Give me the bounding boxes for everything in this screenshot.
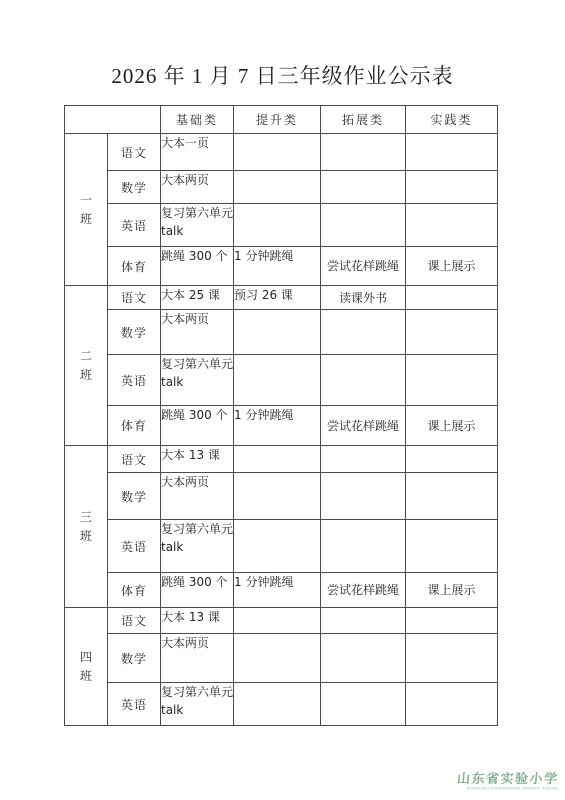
cell-practice bbox=[406, 355, 498, 406]
cell-practice bbox=[406, 520, 498, 573]
cell-basic: 大本两页 bbox=[161, 171, 234, 204]
cell-basic: 大本两页 bbox=[161, 310, 234, 355]
cell-improve bbox=[234, 634, 321, 683]
cell-improve: 1 分钟跳绳 bbox=[234, 573, 321, 608]
class-label-cell: 二班 bbox=[65, 286, 108, 446]
table-row: 英语 复习第六单元 talk bbox=[65, 683, 498, 726]
school-name-chinese: 山东省实验小学 bbox=[410, 768, 560, 787]
cell-expand bbox=[321, 204, 406, 247]
class-label: 一班 bbox=[79, 191, 93, 229]
cell-basic: 大本 13 课 bbox=[161, 446, 234, 473]
subject-label: 英语 bbox=[108, 520, 161, 573]
cell-expand bbox=[321, 310, 406, 355]
cell-expand bbox=[321, 608, 406, 634]
cell-expand bbox=[321, 171, 406, 204]
class-label-cell: 四班 bbox=[65, 608, 108, 726]
cell-improve bbox=[234, 171, 321, 204]
cell-basic: 跳绳 300 个 bbox=[161, 247, 234, 286]
cell-improve bbox=[234, 204, 321, 247]
column-header-practice: 实践类 bbox=[406, 106, 498, 134]
cell-expand bbox=[321, 520, 406, 573]
cell-practice bbox=[406, 634, 498, 683]
subject-label: 语文 bbox=[108, 608, 161, 634]
cell-expand: 读课外书 bbox=[321, 286, 406, 310]
cell-improve bbox=[234, 473, 321, 520]
class-label-cell: 一班 bbox=[65, 134, 108, 286]
cell-expand bbox=[321, 473, 406, 520]
cell-expand bbox=[321, 446, 406, 473]
cell-practice bbox=[406, 683, 498, 726]
table-row: 英语 复习第六单元 talk bbox=[65, 355, 498, 406]
cell-expand: 尝试花样跳绳 bbox=[321, 247, 406, 286]
cell-expand bbox=[321, 683, 406, 726]
cell-basic: 复习第六单元 talk bbox=[161, 683, 234, 726]
cell-basic: 复习第六单元 talk bbox=[161, 204, 234, 247]
table-row: 体育 跳绳 300 个 1 分钟跳绳 尝试花样跳绳 课上展示 bbox=[65, 573, 498, 608]
cell-expand: 尝试花样跳绳 bbox=[321, 406, 406, 446]
cell-basic: 复习第六单元 talk bbox=[161, 520, 234, 573]
cell-practice bbox=[406, 286, 498, 310]
header-row: 基础类 提升类 拓展类 实践类 bbox=[65, 106, 498, 134]
cell-practice: 课上展示 bbox=[406, 406, 498, 446]
cell-basic: 大本 13 课 bbox=[161, 608, 234, 634]
cell-improve bbox=[234, 520, 321, 573]
cell-practice bbox=[406, 171, 498, 204]
class-label: 三班 bbox=[79, 508, 93, 546]
cell-improve bbox=[234, 310, 321, 355]
cell-expand bbox=[321, 355, 406, 406]
subject-label: 数学 bbox=[108, 171, 161, 204]
column-header-expand: 拓展类 bbox=[321, 106, 406, 134]
cell-practice bbox=[406, 608, 498, 634]
class-label-cell: 三班 bbox=[65, 446, 108, 608]
table-row: 英语 复习第六单元 talk bbox=[65, 204, 498, 247]
corner-cell bbox=[65, 106, 161, 134]
cell-improve bbox=[234, 608, 321, 634]
subject-label: 体育 bbox=[108, 247, 161, 286]
cell-basic: 跳绳 300 个 bbox=[161, 406, 234, 446]
cell-practice: 课上展示 bbox=[406, 573, 498, 608]
cell-practice bbox=[406, 204, 498, 247]
cell-improve bbox=[234, 134, 321, 171]
cell-practice: 课上展示 bbox=[406, 247, 498, 286]
cell-basic: 大本两页 bbox=[161, 634, 234, 683]
homework-table: 基础类 提升类 拓展类 实践类 一班 语文 大本一页 数学 大本两页 英语 复习… bbox=[64, 105, 498, 726]
cell-improve: 1 分钟跳绳 bbox=[234, 406, 321, 446]
cell-basic: 跳绳 300 个 bbox=[161, 573, 234, 608]
table-row: 数学 大本两页 bbox=[65, 171, 498, 204]
cell-improve: 1 分钟跳绳 bbox=[234, 247, 321, 286]
cell-improve: 预习 26 课 bbox=[234, 286, 321, 310]
cell-expand: 尝试花样跳绳 bbox=[321, 573, 406, 608]
subject-label: 体育 bbox=[108, 573, 161, 608]
cell-basic: 大本一页 bbox=[161, 134, 234, 171]
school-logo: 山东省实验小学 SHANDONG EXPERIMENTAL PRIMARY SC… bbox=[410, 768, 559, 793]
subject-label: 数学 bbox=[108, 634, 161, 683]
table-row: 体育 跳绳 300 个 1 分钟跳绳 尝试花样跳绳 课上展示 bbox=[65, 406, 498, 446]
table-row: 数学 大本两页 bbox=[65, 473, 498, 520]
table-row: 二班 语文 大本 25 课 预习 26 课 读课外书 bbox=[65, 286, 498, 310]
class-label: 四班 bbox=[79, 648, 93, 686]
subject-label: 数学 bbox=[108, 473, 161, 520]
cell-basic: 大本 25 课 bbox=[161, 286, 234, 310]
table-row: 体育 跳绳 300 个 1 分钟跳绳 尝试花样跳绳 课上展示 bbox=[65, 247, 498, 286]
table-row: 三班 语文 大本 13 课 bbox=[65, 446, 498, 473]
cell-expand bbox=[321, 634, 406, 683]
document-page: 2026 年 1 月 7 日三年级作业公示表 基础类 提升类 拓展类 实践类 一… bbox=[0, 0, 565, 800]
table-row: 数学 大本两页 bbox=[65, 634, 498, 683]
cell-basic: 复习第六单元 talk bbox=[161, 355, 234, 406]
table-row: 英语 复习第六单元 talk bbox=[65, 520, 498, 573]
cell-practice bbox=[406, 473, 498, 520]
cell-practice bbox=[406, 310, 498, 355]
subject-label: 语文 bbox=[108, 286, 161, 310]
column-header-improve: 提升类 bbox=[234, 106, 321, 134]
cell-practice bbox=[406, 446, 498, 473]
cell-expand bbox=[321, 134, 406, 171]
cell-improve bbox=[234, 683, 321, 726]
school-name-english: SHANDONG EXPERIMENTAL PRIMARY SCHOOL bbox=[467, 787, 559, 791]
column-header-basic: 基础类 bbox=[161, 106, 234, 134]
cell-basic: 大本两页 bbox=[161, 473, 234, 520]
class-label: 二班 bbox=[79, 347, 93, 385]
cell-improve bbox=[234, 355, 321, 406]
subject-label: 英语 bbox=[108, 204, 161, 247]
subject-label: 语文 bbox=[108, 134, 161, 171]
table-row: 一班 语文 大本一页 bbox=[65, 134, 498, 171]
table-row: 四班 语文 大本 13 课 bbox=[65, 608, 498, 634]
page-title: 2026 年 1 月 7 日三年级作业公示表 bbox=[0, 60, 565, 90]
subject-label: 英语 bbox=[108, 355, 161, 406]
table-row: 数学 大本两页 bbox=[65, 310, 498, 355]
subject-label: 体育 bbox=[108, 406, 161, 446]
cell-practice bbox=[406, 134, 498, 171]
subject-label: 语文 bbox=[108, 446, 161, 473]
subject-label: 数学 bbox=[108, 310, 161, 355]
subject-label: 英语 bbox=[108, 683, 161, 726]
cell-improve bbox=[234, 446, 321, 473]
